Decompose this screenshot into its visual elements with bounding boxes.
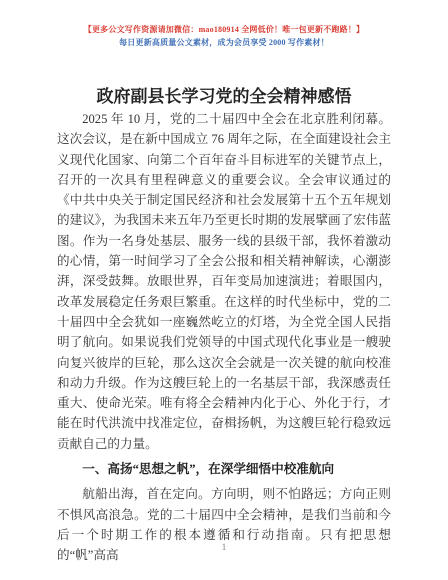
body-paragraph-1: 2025 年 10 月，党的二十届四中全会在北京胜利闭幕。这次会议，是在新中国成… (57, 109, 391, 454)
promo-banner-line1: 【更多公文写作资源请加微信：mao180914 全网低价！唯一包更新不跑路！】 (0, 23, 448, 36)
section-heading-1: 一、高扬“思想之帆”，在深学细悟中校准航向 (57, 459, 391, 479)
document-body: 2025 年 10 月，党的二十届四中全会在北京胜利闭幕。这次会议，是在新中国成… (57, 109, 391, 566)
promo-banner: 【更多公文写作资源请加微信：mao180914 全网低价！唯一包更新不跑路！】 … (0, 23, 448, 49)
document-page: 【更多公文写作资源请加微信：mao180914 全网低价！唯一包更新不跑路！】 … (0, 0, 448, 580)
page-title: 政府副县长学习党的全会精神感悟 (0, 82, 448, 107)
body-paragraph-2: 航船出海，首在定向。方向明，则不怕路远；方向正则不惧风高浪急。党的二十届四中全会… (57, 484, 391, 565)
promo-banner-line2: 每日更新高质量公文素材，成为会员享受 2000 写作素材！ (0, 36, 448, 49)
page-number: 1 (0, 542, 448, 552)
